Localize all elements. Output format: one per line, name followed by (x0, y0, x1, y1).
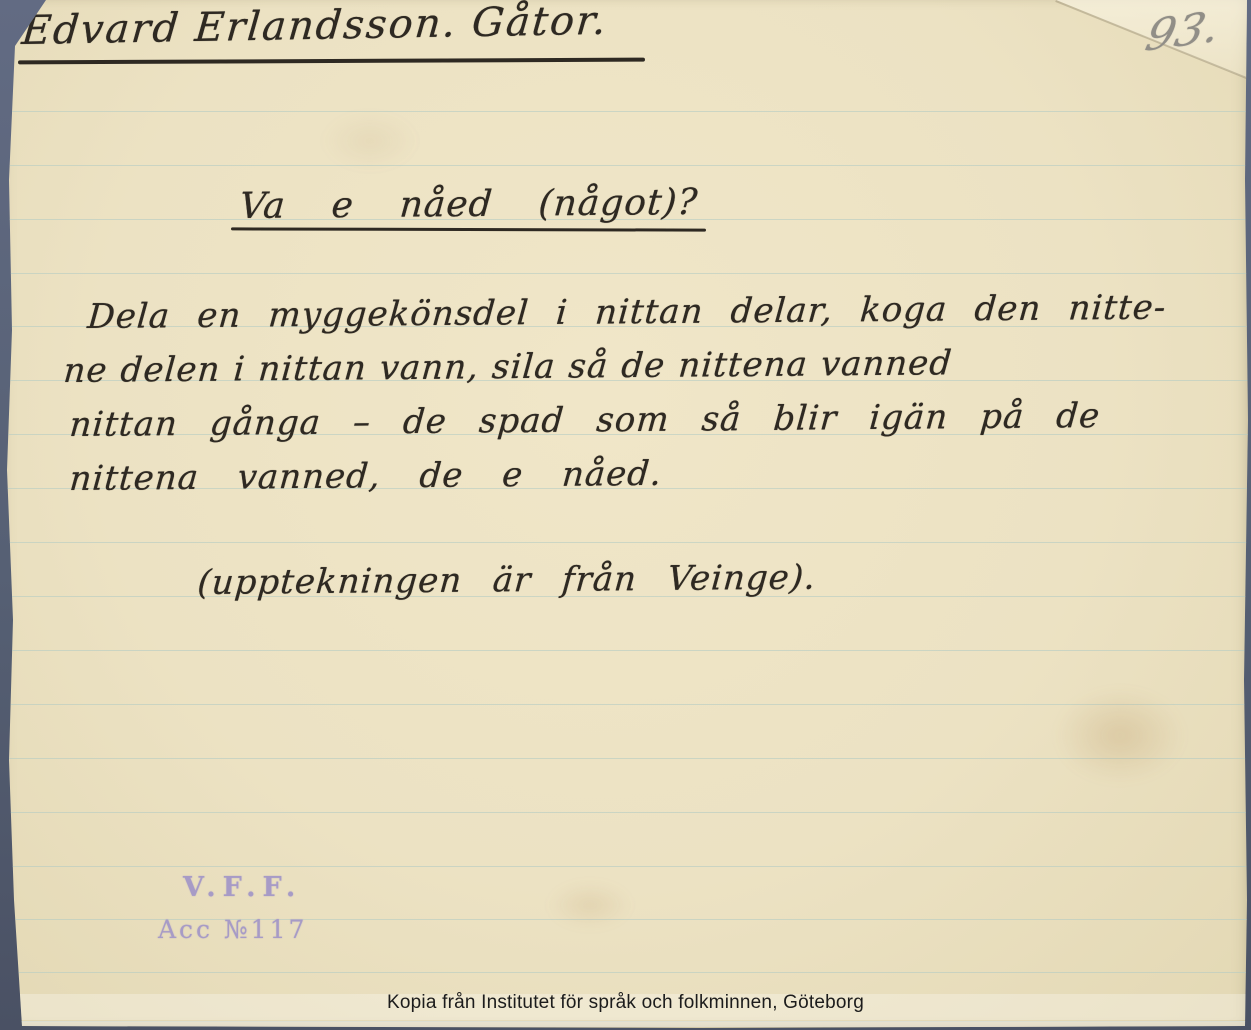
scan-background: Edvard Erlandsson. Gåtor. 93. Va e nåed … (0, 0, 1251, 1030)
ruled-line (0, 273, 1251, 274)
ruled-line (0, 866, 1251, 867)
ruled-line (0, 111, 1251, 112)
riddle-title-handwriting: Va e nåed (något)? (238, 182, 700, 227)
paper-card: Edvard Erlandsson. Gåtor. 93. Va e nåed … (0, 0, 1251, 1030)
header-handwriting: Edvard Erlandsson. Gåtor. (20, 0, 610, 54)
ruled-line (0, 704, 1251, 705)
vff-stamp: V.F.F. (183, 872, 302, 903)
handwritten-body-line-1: Dela en myggekönsdel i nittan delar, kog… (86, 288, 1168, 337)
ruled-line (0, 165, 1251, 166)
handwritten-body-line-2: ne delen i nittan vann, sila så de nitte… (62, 343, 954, 391)
paper-stain (548, 882, 632, 928)
paper-stain (1055, 688, 1185, 783)
paper-stain (322, 112, 418, 170)
handwritten-body-line-4: nittena vanned, de e nåed. (68, 454, 664, 499)
bottom-edge-band (0, 1021, 1251, 1027)
ruled-line (0, 542, 1251, 543)
ruled-line (0, 972, 1251, 973)
handwritten-body-line-3: nittan gånga – de spad som så blir igän … (68, 396, 1102, 445)
accession-number-stamp: Acc №117 (158, 915, 307, 944)
header-underline (18, 58, 645, 64)
provenance-note-handwriting: (upptekningen är från Veinge). (196, 558, 818, 603)
ruled-line (0, 812, 1251, 813)
title-underline (231, 227, 706, 231)
institute-caption: Kopia från Institutet för språk och folk… (0, 992, 1251, 1014)
ruled-line (0, 650, 1251, 651)
